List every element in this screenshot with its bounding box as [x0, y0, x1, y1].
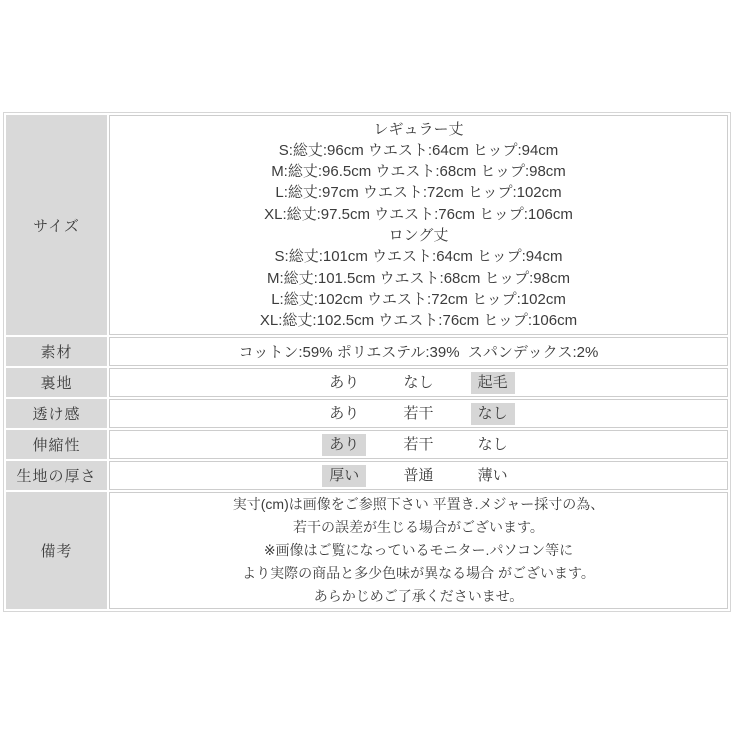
size-line-long-m: M:総丈:101.5cm ウエスト:68cm ヒップ:98cm [110, 268, 727, 289]
row-remarks: 備考 実寸(cm)は画像をご参照下さい 平置き.メジャー採寸の為、 若干の誤差が… [6, 492, 728, 609]
size-section-long-title: ロング丈 [110, 225, 727, 246]
sheerness-row-label: 透け感 [6, 399, 107, 428]
size-line-long-l: L:総丈:102cm ウエスト:72cm ヒップ:102cm [110, 289, 727, 310]
size-line-long-s: S:総丈:101cm ウエスト:64cm ヒップ:94cm [110, 246, 727, 267]
remarks-row-value: 実寸(cm)は画像をご参照下さい 平置き.メジャー採寸の為、 若干の誤差が生じる… [109, 492, 728, 609]
material-row-label: 素材 [6, 337, 107, 366]
size-row-label: サイズ [6, 115, 107, 335]
sheerness-row-options: あり 若干 なし [109, 399, 728, 428]
stretch-option-chip: なし [471, 434, 515, 456]
lining-option-chip: あり [322, 372, 366, 394]
sheerness-option-chip: なし [471, 403, 515, 425]
lining-option-chip: なし [396, 372, 440, 394]
thickness-option-chip: 厚い [322, 465, 366, 487]
size-line-long-xl: XL:総丈:102.5cm ウエスト:76cm ヒップ:106cm [110, 310, 727, 331]
size-section-regular-title: レギュラー丈 [110, 119, 727, 140]
stretch-option-chip: 若干 [396, 434, 440, 456]
row-size: サイズ レギュラー丈 S:総丈:96cm ウエスト:64cm ヒップ:94cm … [6, 115, 728, 335]
size-line-regular-m: M:総丈:96.5cm ウエスト:68cm ヒップ:98cm [110, 161, 727, 182]
stretch-row-options: あり 若干 なし [109, 430, 728, 459]
spec-table: サイズ レギュラー丈 S:総丈:96cm ウエスト:64cm ヒップ:94cm … [4, 113, 730, 611]
row-thickness: 生地の厚さ 厚い 普通 薄い [6, 461, 728, 490]
size-line-regular-s: S:総丈:96cm ウエスト:64cm ヒップ:94cm [110, 140, 727, 161]
stretch-option-chip: あり [322, 434, 366, 456]
thickness-option-chip: 普通 [396, 465, 440, 487]
sheerness-option-chip: あり [322, 403, 366, 425]
remark-line: より実際の商品と多少色味が異なる場合 がございます。 [110, 562, 727, 585]
sheerness-option-chip: 若干 [396, 403, 440, 425]
product-spec-table: サイズ レギュラー丈 S:総丈:96cm ウエスト:64cm ヒップ:94cm … [3, 112, 731, 612]
thickness-row-label: 生地の厚さ [6, 461, 107, 490]
thickness-row-options: 厚い 普通 薄い [109, 461, 728, 490]
size-line-regular-l: L:総丈:97cm ウエスト:72cm ヒップ:102cm [110, 182, 727, 203]
lining-row-options: あり なし 起毛 [109, 368, 728, 397]
remark-line: ※画像はご覧になっているモニター.パソコン等に [110, 539, 727, 562]
row-material: 素材 コットン:59% ポリエステル:39% スパンデックス:2% [6, 337, 728, 366]
thickness-option-chip: 薄い [471, 465, 515, 487]
row-sheerness: 透け感 あり 若干 なし [6, 399, 728, 428]
remark-line: あらかじめご了承くださいませ。 [110, 585, 727, 608]
lining-option-chip: 起毛 [471, 372, 515, 394]
row-stretch: 伸縮性 あり 若干 なし [6, 430, 728, 459]
stretch-row-label: 伸縮性 [6, 430, 107, 459]
lining-row-label: 裏地 [6, 368, 107, 397]
row-lining: 裏地 あり なし 起毛 [6, 368, 728, 397]
size-line-regular-xl: XL:総丈:97.5cm ウエスト:76cm ヒップ:106cm [110, 204, 727, 225]
material-row-value: コットン:59% ポリエステル:39% スパンデックス:2% [109, 337, 728, 366]
size-row-value: レギュラー丈 S:総丈:96cm ウエスト:64cm ヒップ:94cm M:総丈… [109, 115, 728, 335]
remarks-row-label: 備考 [6, 492, 107, 609]
remark-line: 実寸(cm)は画像をご参照下さい 平置き.メジャー採寸の為、 [110, 493, 727, 516]
remark-line: 若干の誤差が生じる場合がございます。 [110, 516, 727, 539]
